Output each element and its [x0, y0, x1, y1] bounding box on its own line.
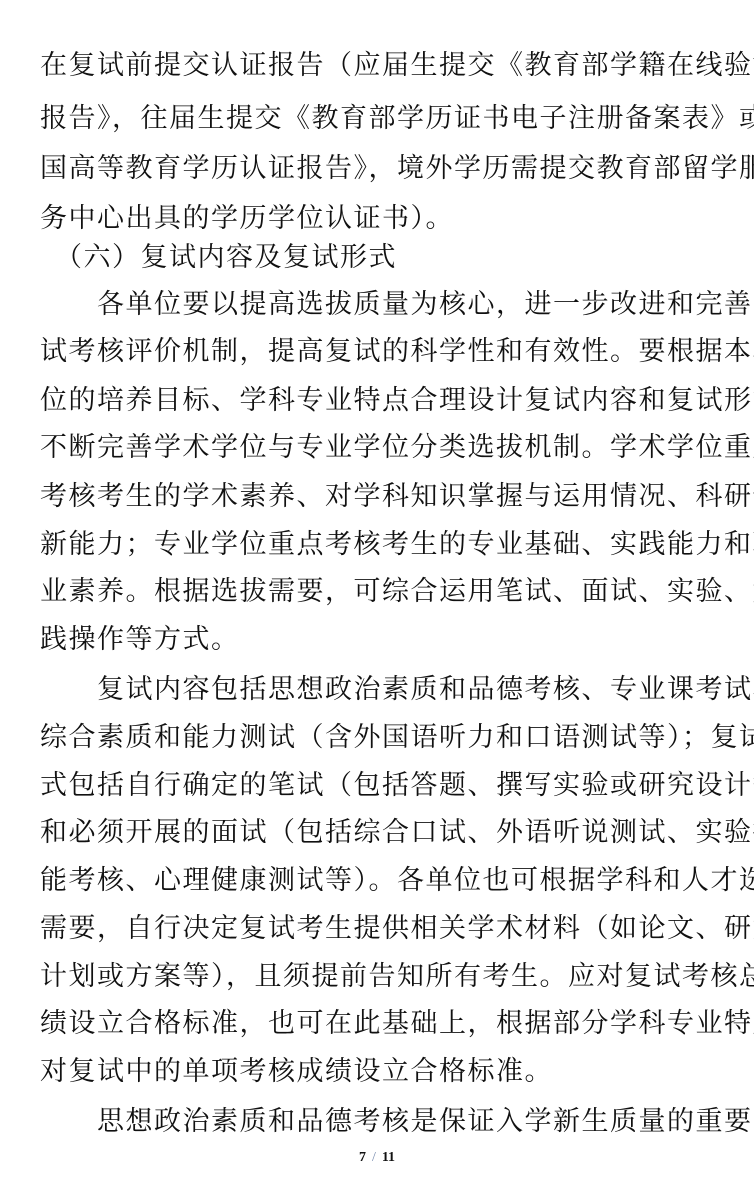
text-line: 国高等教育学历认证报告》，境外学历需提交教育部留学服 — [40, 149, 720, 189]
page-separator: / — [372, 1150, 376, 1165]
text-line: 新能力；专业学位重点考核考生的专业基础、实践能力和职 — [40, 525, 720, 565]
text-line: 务中心出具的学历学位认证书）。 — [40, 199, 720, 239]
text-line: 业素养。根据选拔需要，可综合运用笔试、面试、实验、实 — [40, 572, 720, 612]
section-heading: （六）复试内容及复试形式 — [40, 238, 720, 278]
total-pages: 11 — [382, 1150, 395, 1165]
text-line: 复试内容包括思想政治素质和品德考核、专业课考试、 — [40, 670, 720, 710]
text-line: 思想政治素质和品德考核是保证入学新生质量的重要 — [40, 1102, 720, 1142]
text-line: 和必须开展的面试（包括综合口试、外语听说测试、实验技 — [40, 813, 720, 853]
text-line: 式包括自行确定的笔试（包括答题、撰写实验或研究设计等） — [40, 766, 720, 806]
text-line: 考核考生的学术素养、对学科知识掌握与运用情况、科研创 — [40, 477, 720, 517]
text-line: 践操作等方式。 — [40, 620, 720, 660]
text-line: 能考核、心理健康测试等）。各单位也可根据学科和人才选拔 — [40, 861, 720, 901]
text-line: 报告》，往届生提交《教育部学历证书电子注册备案表》或《中 — [40, 99, 720, 139]
text-line: 绩设立合格标准，也可在此基础上，根据部分学科专业特点 — [40, 1004, 720, 1044]
current-page: 7 — [359, 1150, 366, 1165]
page-number-footer: 7/11 — [0, 1150, 754, 1166]
text-line: 计划或方案等），且须提前告知所有考生。应对复试考核总成 — [40, 957, 720, 997]
text-line: 需要，自行决定复试考生提供相关学术材料（如论文、研究 — [40, 909, 720, 949]
text-line: 各单位要以提高选拔质量为核心，进一步改进和完善复 — [40, 285, 720, 325]
text-line: 对复试中的单项考核成绩设立合格标准。 — [40, 1052, 720, 1092]
text-line: 综合素质和能力测试（含外国语听力和口语测试等）；复试形 — [40, 718, 720, 758]
text-line: 试考核评价机制，提高复试的科学性和有效性。要根据本单 — [40, 332, 720, 372]
text-line: 在复试前提交认证报告（应届生提交《教育部学籍在线验证 — [40, 46, 720, 86]
text-line: 位的培养目标、学科专业特点合理设计复试内容和复试形式， — [40, 381, 720, 421]
document-page: 在复试前提交认证报告（应届生提交《教育部学籍在线验证 报告》，往届生提交《教育部… — [0, 0, 754, 1200]
text-line: 不断完善学术学位与专业学位分类选拔机制。学术学位重点 — [40, 428, 720, 468]
